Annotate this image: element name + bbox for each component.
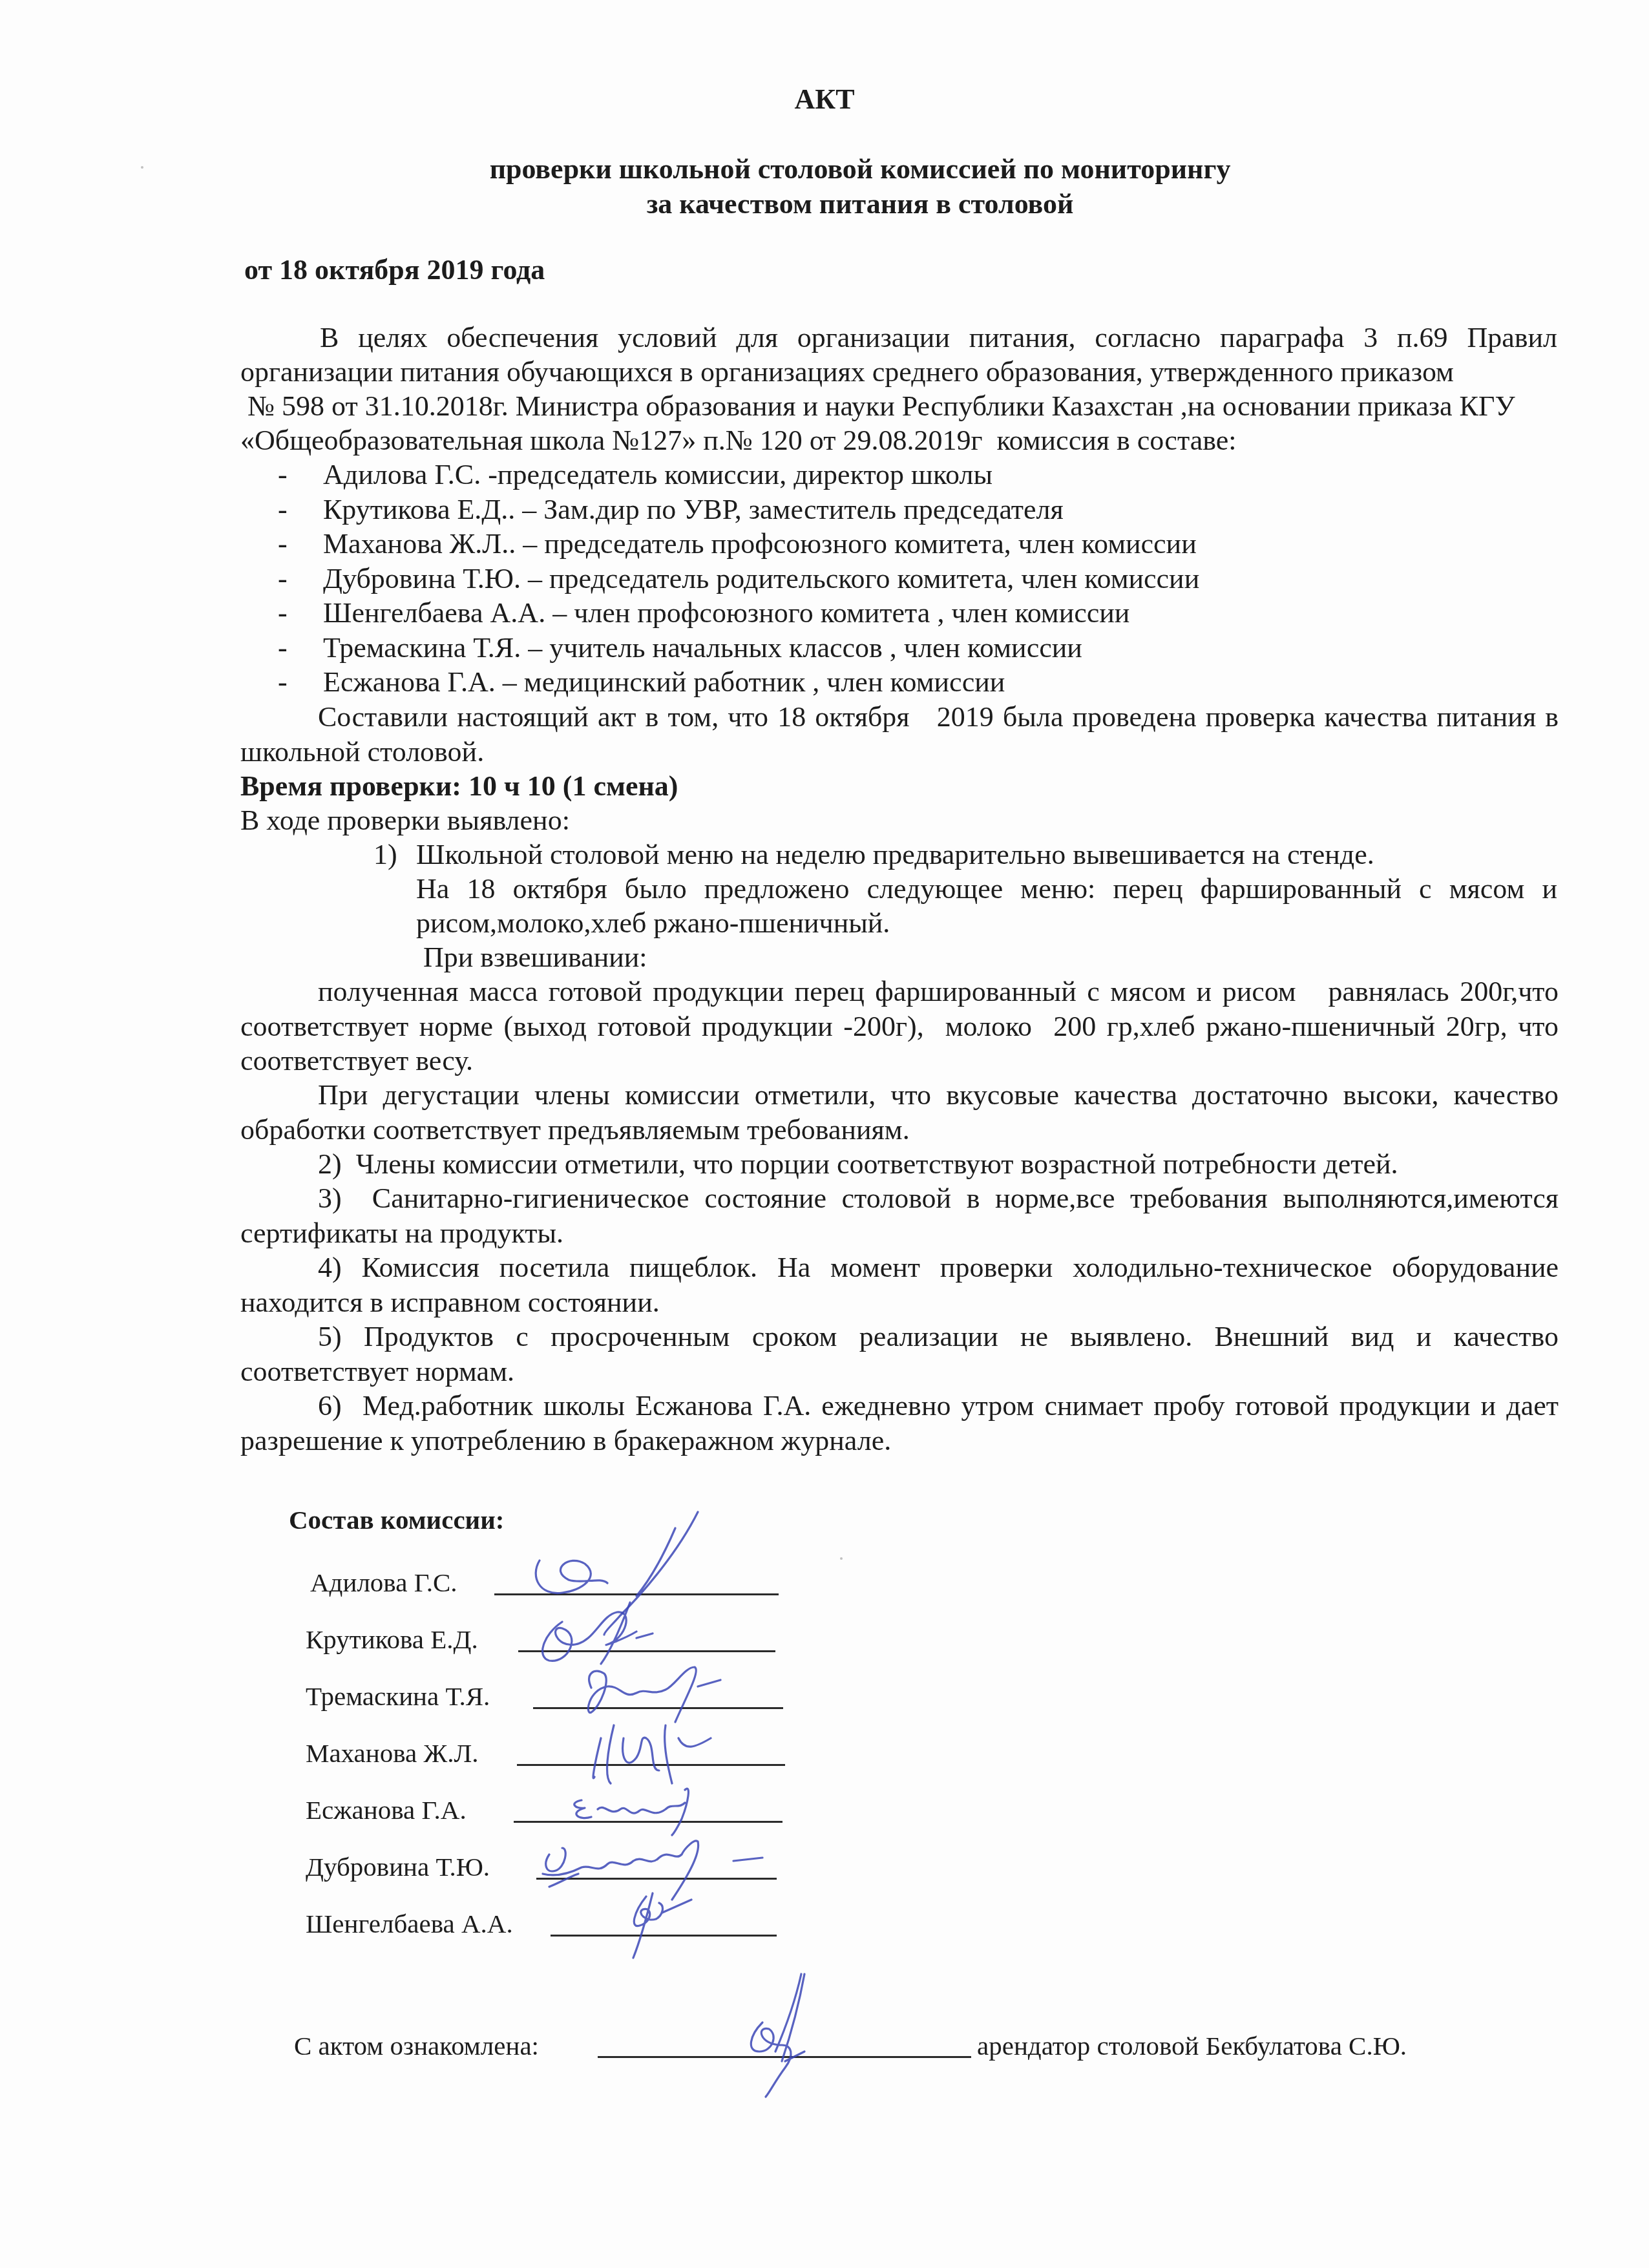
member-text: Дубровина Т.Ю. – председатель родительск…: [323, 563, 1199, 594]
signature-adilova-icon: [536, 1512, 698, 1635]
member-text: Тремаскина Т.Я. – учитель начальных клас…: [323, 632, 1082, 664]
scanned-page: АКТ проверки школьной столовой комиссией…: [0, 0, 1649, 2268]
list-dash: -: [278, 596, 288, 631]
list-dash: -: [278, 492, 288, 527]
document-date: от 18 октября 2019 года: [244, 253, 545, 286]
finding-number: 6): [318, 1390, 342, 1422]
signature-line: [533, 1707, 783, 1709]
inspection-time: Время проверки: 10 ч 10 (1 смена): [240, 769, 678, 803]
list-dash: -: [278, 457, 288, 492]
signatures-heading: Состав комиссии:: [289, 1504, 505, 1535]
signature-tremaskina-icon: [588, 1667, 720, 1722]
signature-row-name: Дубровина Т.Ю.: [306, 1851, 490, 1882]
tasting-paragraph: При дегустации члены комиссии отметили, …: [240, 1078, 1559, 1147]
scan-speck: [840, 1557, 843, 1560]
commission-members-list: -Адилова Г.С. -председатель комиссии, ди…: [278, 457, 1199, 700]
signature-row-name: Крутикова Е.Д.: [306, 1624, 478, 1655]
finding-number: 4): [318, 1252, 342, 1283]
list-dash: -: [278, 527, 288, 562]
member-text: Маханова Ж.Л.. – председатель профсоюзно…: [323, 528, 1197, 560]
findings-intro: В ходе проверки выявлено:: [240, 803, 570, 837]
member-text: Есжанова Г.А. – медицинский работник , ч…: [323, 666, 1005, 698]
finding-item: 5) Продуктов с просроченным сроком реали…: [240, 1319, 1559, 1389]
list-dash: -: [278, 631, 288, 666]
finding-text: Санитарно-гигиеническое состояние столов…: [240, 1182, 1559, 1249]
member-text: Адилова Г.С. -председатель комиссии, дир…: [323, 459, 993, 490]
member-item: -Адилова Г.С. -председатель комиссии, ди…: [278, 457, 1199, 492]
signature-row-name: Маханова Ж.Л.: [306, 1738, 479, 1769]
signature-line: [598, 2056, 971, 2058]
intro-line-3: № 598 от 31.10.2018г. Министра образован…: [240, 389, 1515, 423]
signature-krutikova-icon: [543, 1602, 653, 1664]
signature-row-name: Шенгелбаева А.А.: [306, 1908, 513, 1939]
list-dash: -: [278, 665, 288, 700]
document-subtitle-line2: за качеством питания в столовой: [0, 187, 1649, 220]
signature-makhanova-icon: [593, 1725, 711, 1783]
member-item: -Тремаскина Т.Я. – учитель начальных кла…: [278, 631, 1199, 666]
signature-row-name: Адилова Г.С.: [310, 1567, 457, 1598]
intro-line-2: организации питания обучающихся в органи…: [240, 355, 1454, 389]
finding-1-menu: На 18 октября было предложено следующее …: [416, 872, 1557, 940]
signature-line: [518, 1650, 775, 1652]
finding-item: 2) Члены комиссии отметили, что порции с…: [240, 1147, 1559, 1182]
signature-line: [536, 1878, 777, 1880]
finding-text: Мед.работник школы Есжанова Г.А. ежеднев…: [240, 1390, 1559, 1456]
finding-number: 3): [318, 1182, 342, 1214]
list-dash: -: [278, 562, 288, 596]
signature-row-name: Тремаскина Т.Я.: [306, 1681, 490, 1712]
member-item: -Маханова Ж.Л.. – председатель профсоюзн…: [278, 527, 1199, 562]
finding-item: 6) Мед.работник школы Есжанова Г.А. ежед…: [240, 1389, 1559, 1458]
finding-number: 5): [318, 1321, 342, 1352]
signature-line: [551, 1935, 777, 1937]
finding-text: Комиссия посетила пищеблок. На момент пр…: [240, 1252, 1559, 1318]
signature-bekbulatova-icon: [751, 1974, 804, 2097]
signature-eszhanova-icon: [574, 1789, 689, 1835]
acknowledged-by: арендатор столовой Бекбулатова С.Ю.: [977, 2030, 1407, 2061]
finding-1-text: Школьной столовой меню на неделю предвар…: [416, 837, 1374, 872]
document-subtitle-line1: проверки школьной столовой комиссией по …: [0, 152, 1649, 185]
finding-item: 4) Комиссия посетила пищеблок. На момент…: [240, 1250, 1559, 1319]
intro-line-4: «Общеобразовательная школа №127» п.№ 120…: [240, 423, 1236, 457]
member-item: -Есжанова Г.А. – медицинский работник , …: [278, 665, 1199, 700]
signature-dubrovina-icon: [543, 1841, 762, 1900]
document-title: АКТ: [0, 83, 1649, 116]
weighing-paragraph: полученная масса готовой продукции перец…: [240, 974, 1559, 1078]
member-text: Крутикова Е.Д.. – Зам.дир по УВР, замест…: [323, 494, 1064, 525]
finding-1-number: 1): [373, 837, 397, 872]
signature-line: [494, 1593, 779, 1595]
signature-shengelbaeva-icon: [633, 1893, 691, 1958]
finding-number: 2): [318, 1148, 342, 1180]
member-text: Шенгелбаева А.А. – член профсоюзного ком…: [323, 597, 1129, 629]
member-item: -Крутикова Е.Д.. – Зам.дир по УВР, замес…: [278, 492, 1199, 527]
finding-1-weighing-label: При взвешивании:: [416, 940, 647, 974]
finding-text: Члены комиссии отметили, что порции соот…: [356, 1148, 1398, 1180]
finding-item: 3) Санитарно-гигиеническое состояние сто…: [240, 1181, 1559, 1250]
member-item: -Шенгелбаева А.А. – член профсоюзного ко…: [278, 596, 1199, 631]
member-item: -Дубровина Т.Ю. – председатель родительс…: [278, 562, 1199, 596]
signature-line: [517, 1764, 785, 1766]
finding-text: Продуктов с просроченным сроком реализац…: [240, 1321, 1559, 1387]
intro-line-1: В целях обеспечения условий для организа…: [320, 320, 1557, 355]
acknowledged-label: С актом ознакомлена:: [294, 2030, 539, 2061]
signature-line: [514, 1821, 782, 1823]
signature-row-name: Есжанова Г.А.: [306, 1794, 467, 1825]
composed-paragraph: Составили настоящий акт в том, что 18 ок…: [240, 700, 1559, 769]
